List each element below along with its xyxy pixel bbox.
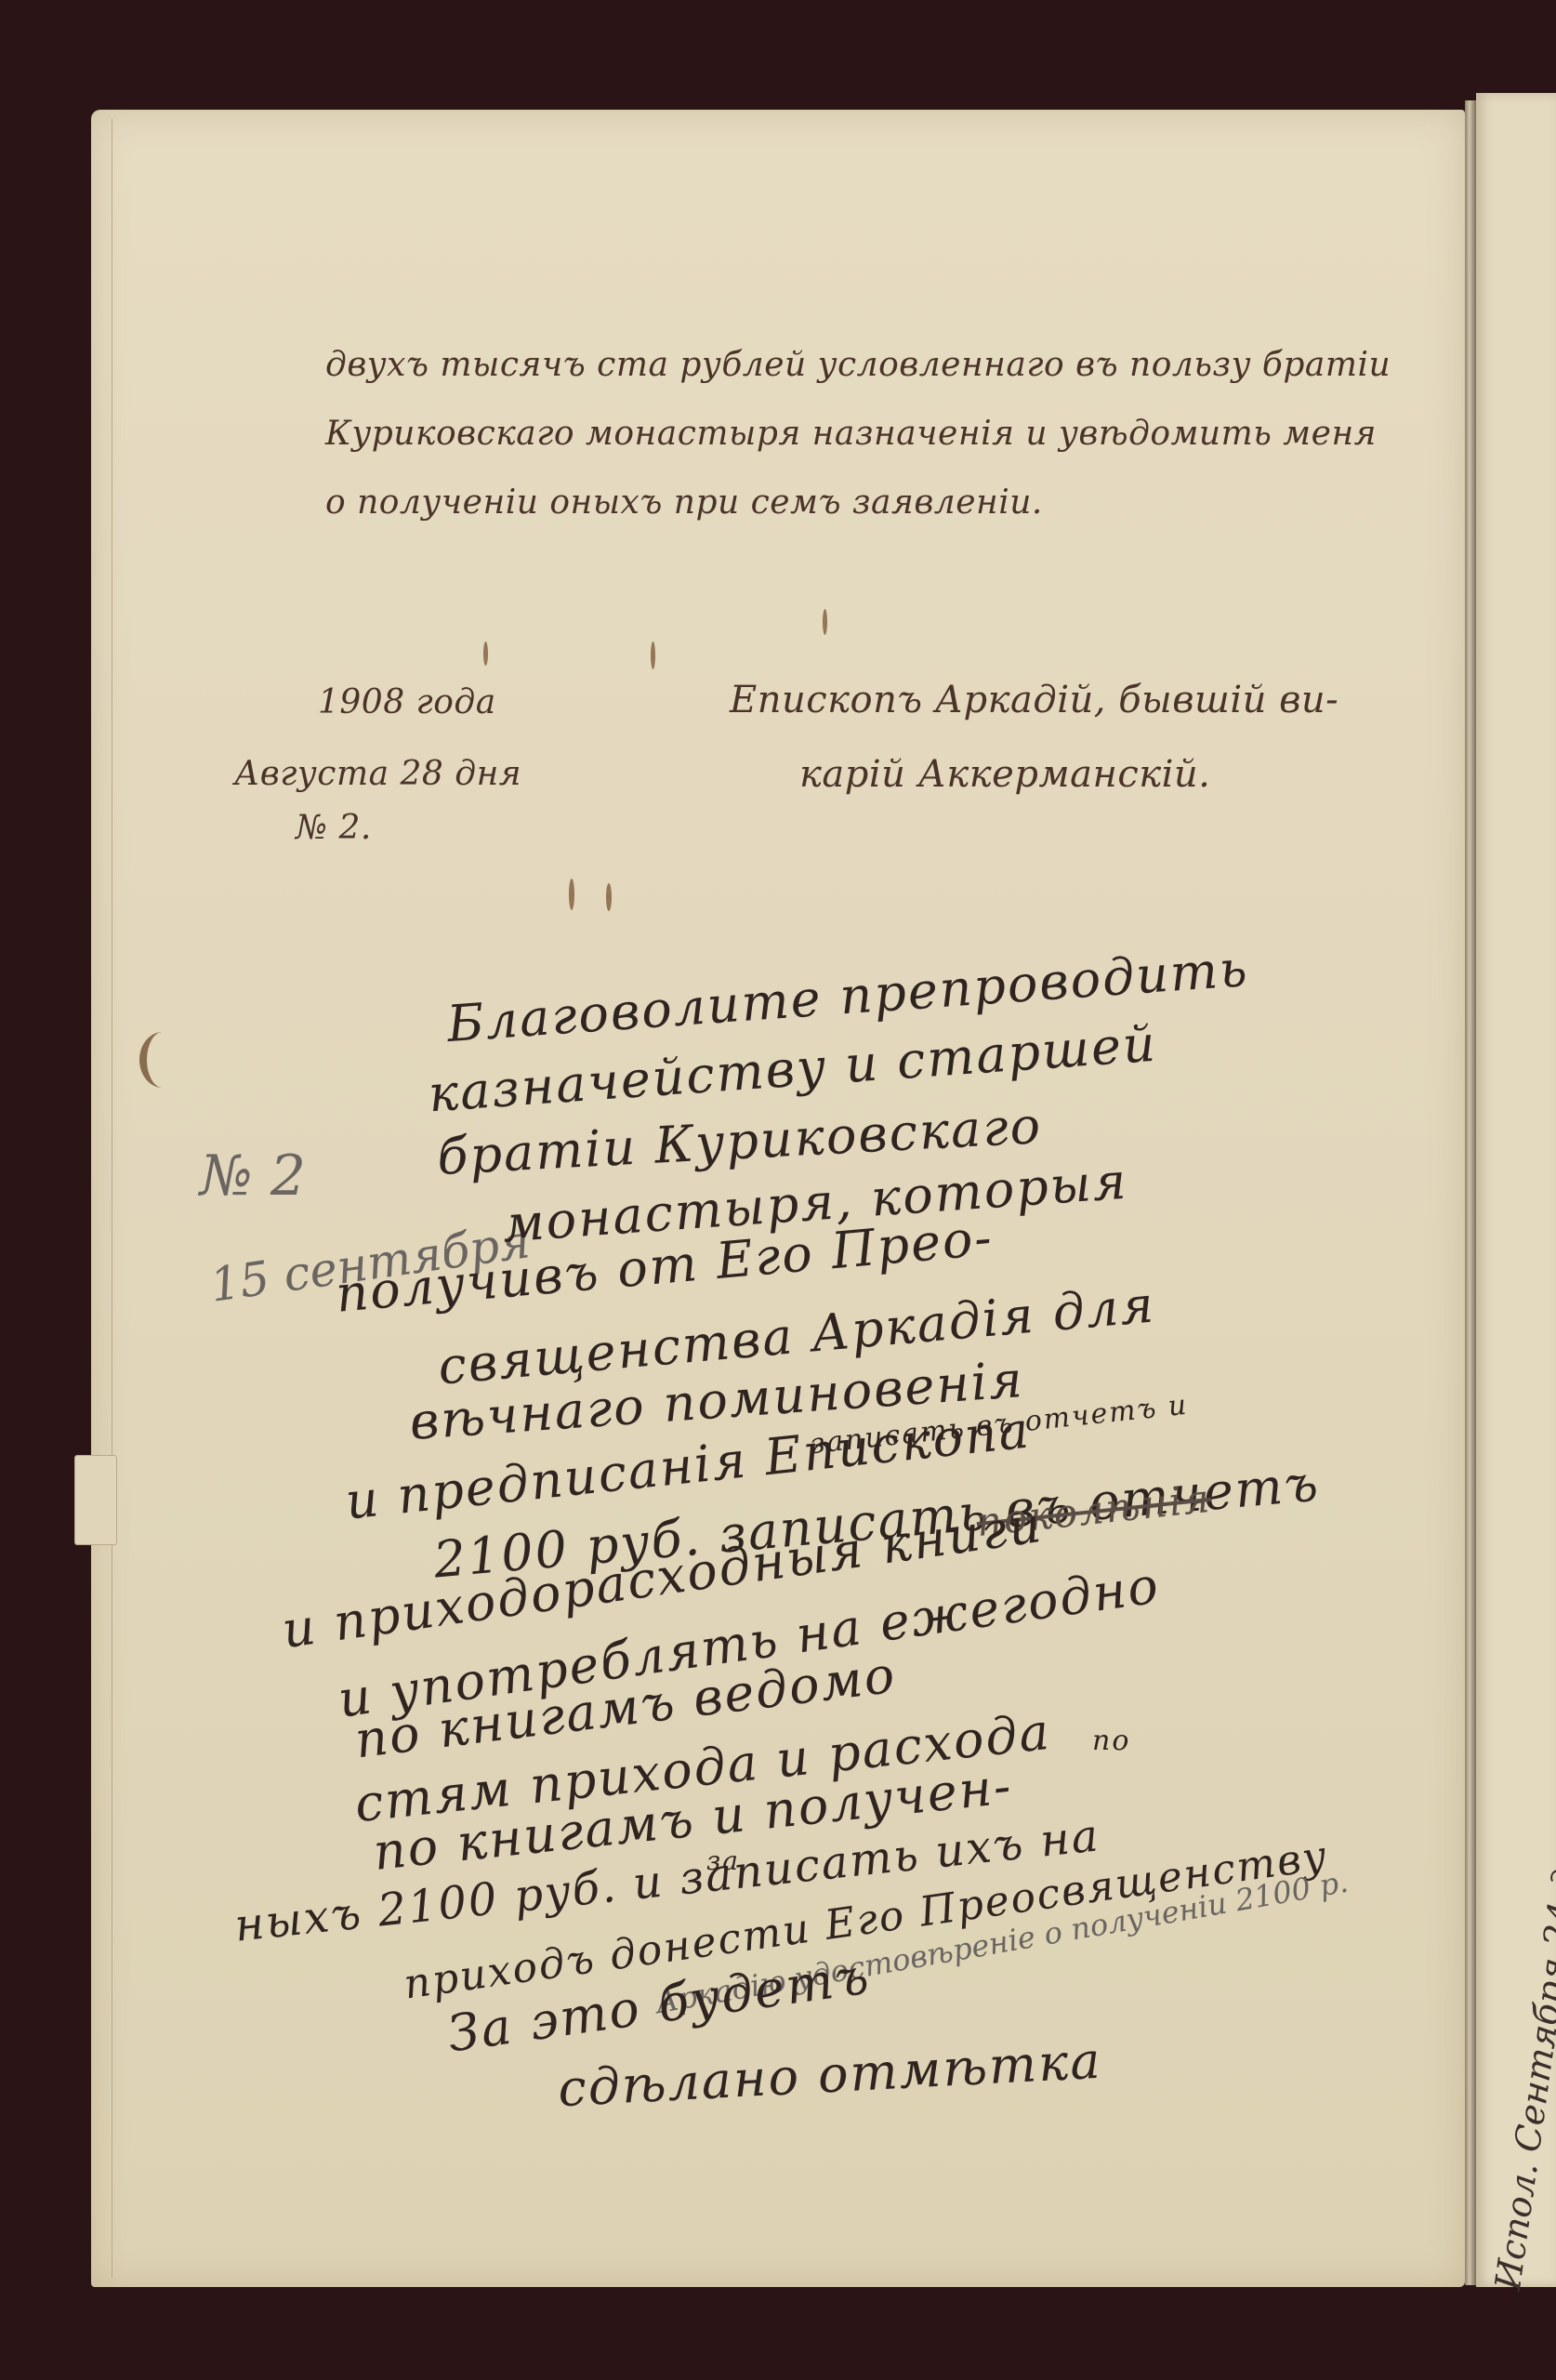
ink-stain [651,641,655,669]
text-line: о полученіи оныхъ при семъ заявленіи. [325,483,1043,522]
date-year: 1908 года [318,683,496,721]
page-edge-line [112,119,112,2278]
ink-stain [606,883,612,911]
text-line: двухъ тысячъ ста рублей условленнаго въ … [325,346,1391,384]
ink-stain [139,1032,186,1088]
insertion: по [1092,1725,1130,1757]
ink-stain [823,609,827,635]
binding-spine [1465,100,1476,2285]
page-tab [74,1455,117,1545]
signature-line-1: Епископъ Аркадій, бывшій ви- [730,679,1338,721]
document-number: № 2. [296,809,372,847]
margin-note-ref: № 2 [200,1144,306,1209]
ink-stain [483,641,488,666]
signature-line-2: карій Аккерманскій. [799,753,1210,796]
text-line: Куриковскаго монастыря назначенія и увѣд… [325,415,1377,453]
ink-stain [569,879,574,910]
date-day: Августа 28 дня [234,755,521,793]
insertion: за [706,1845,740,1876]
